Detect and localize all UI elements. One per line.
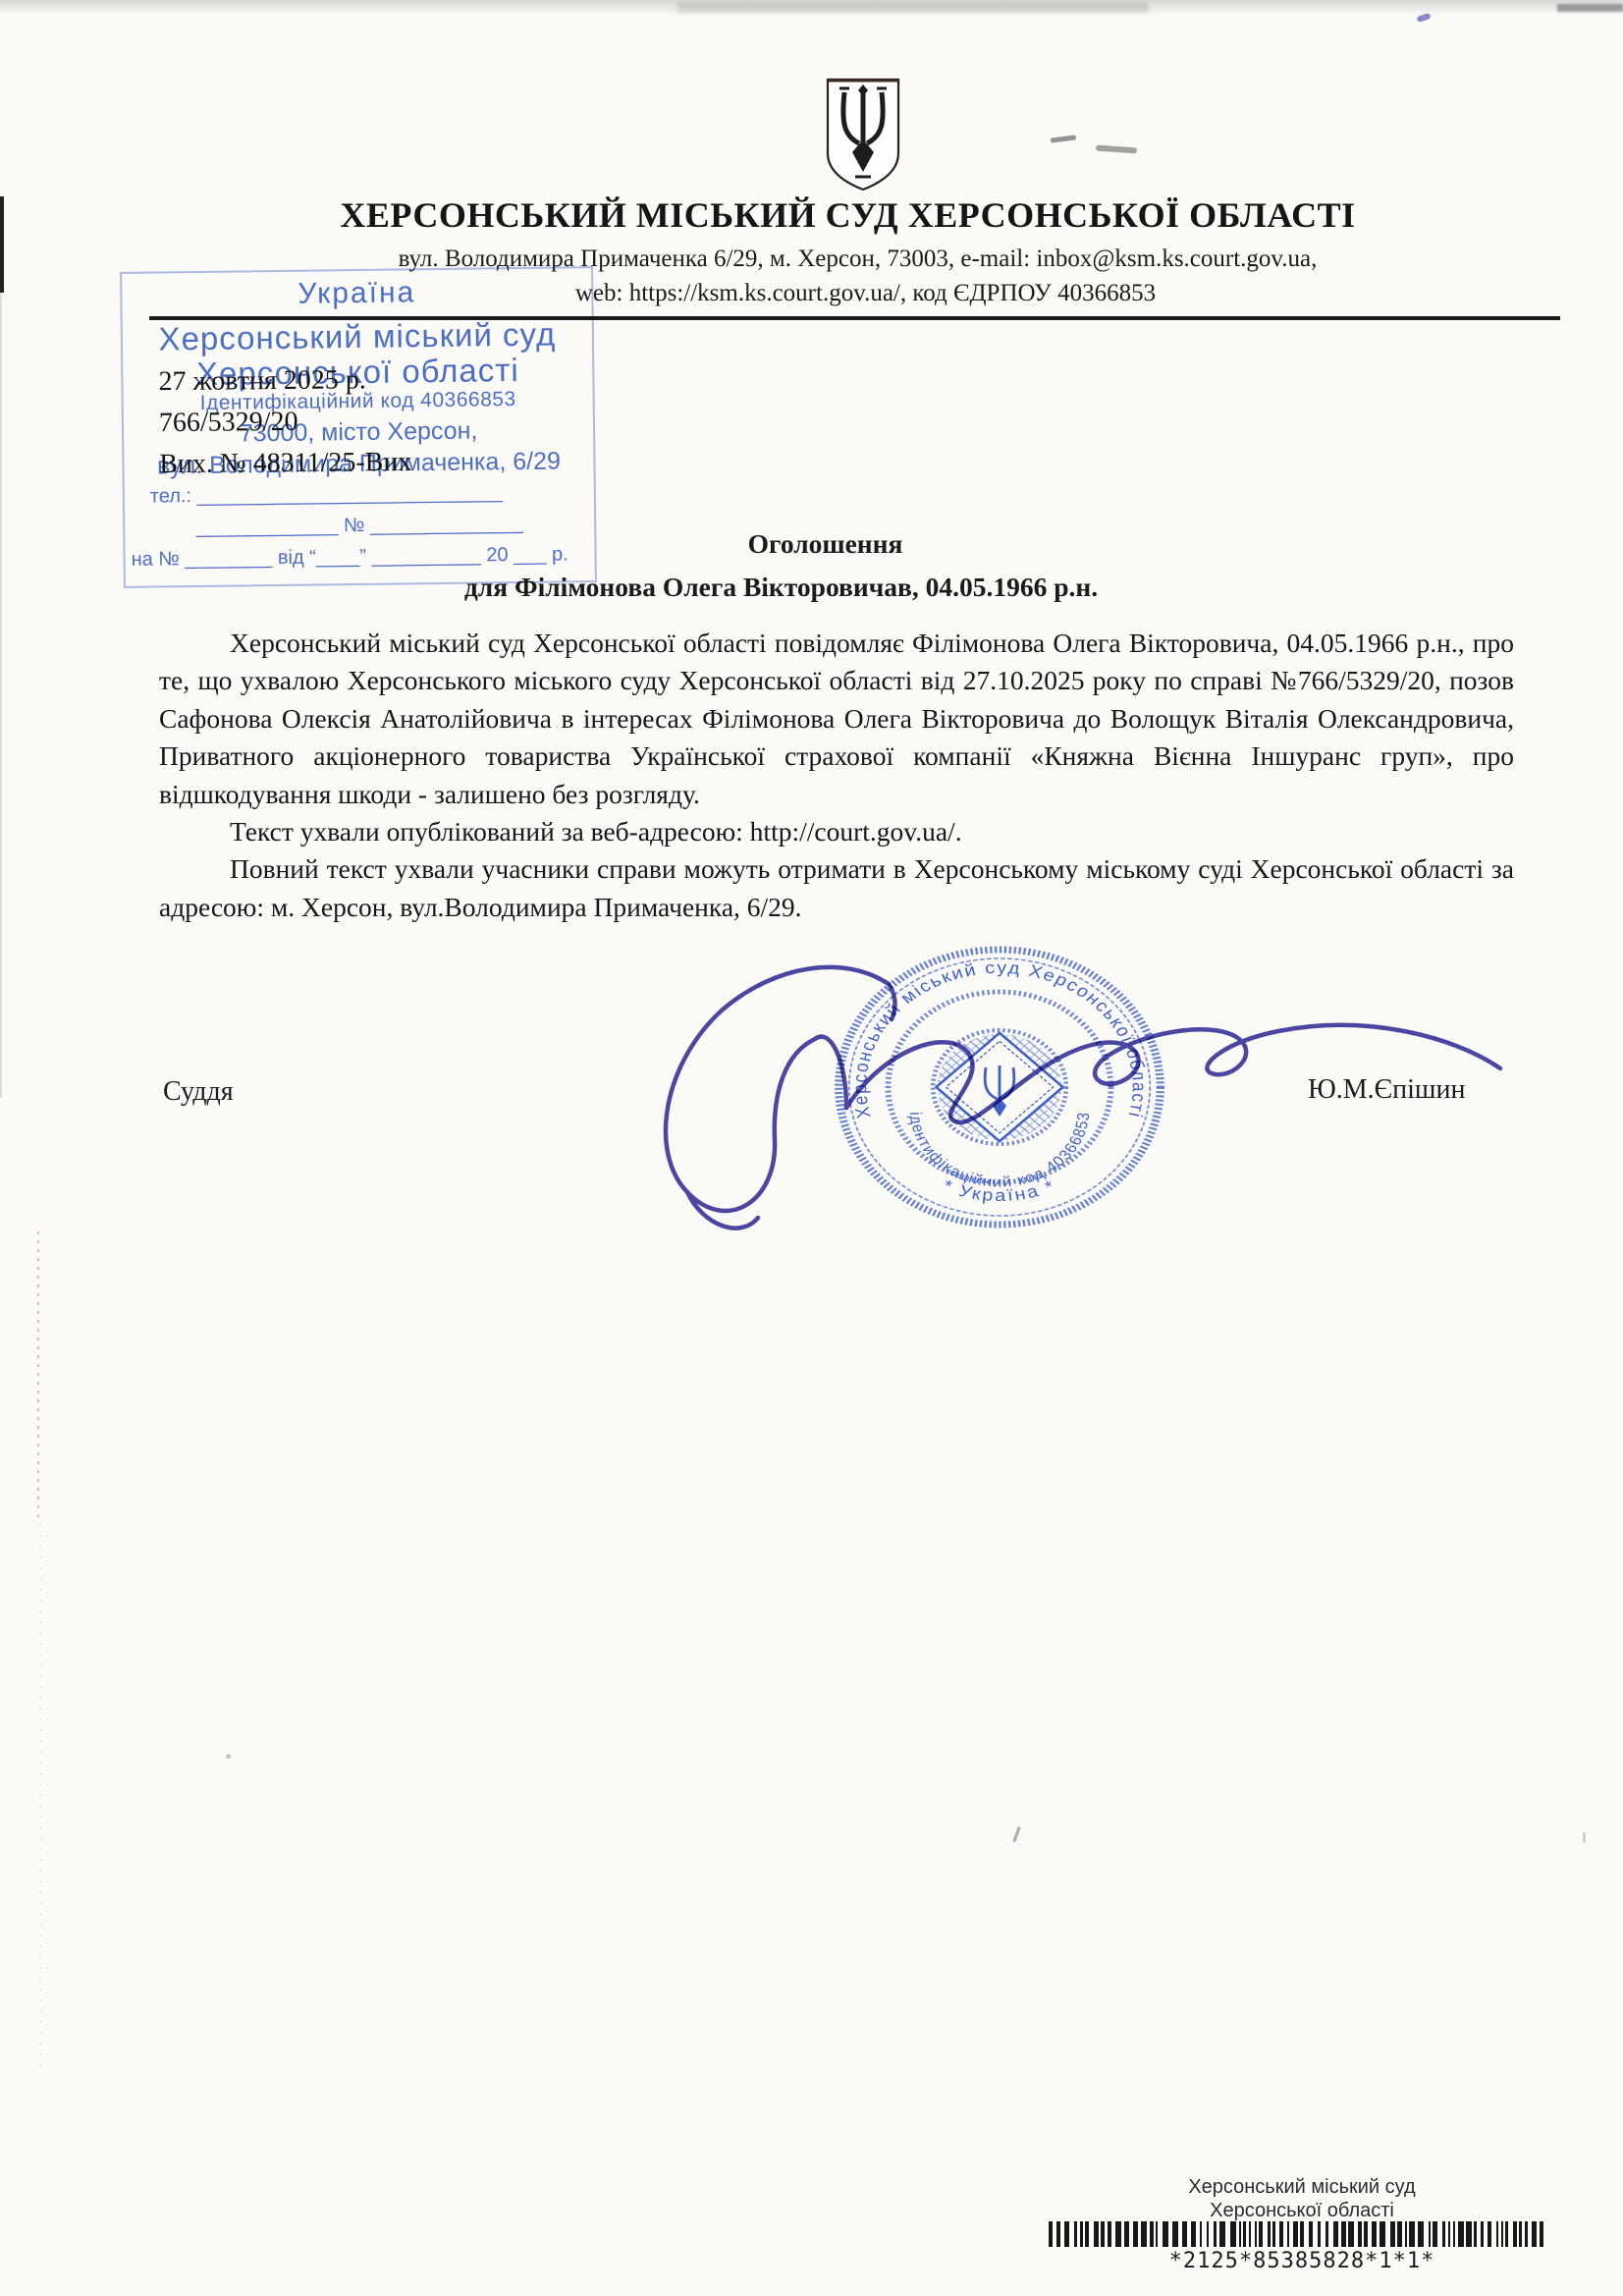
typed-case-number: 766/5329/20 — [159, 408, 411, 437]
judge-signature-icon — [589, 923, 1571, 1262]
footer-court-line1: Херсонський міський суд — [1007, 2176, 1596, 2199]
scanned-court-document: ХЕРСОНСЬКИЙ МІСЬКИЙ СУД ХЕРСОНСЬКОЇ ОБЛА… — [0, 0, 1623, 2296]
scan-artifact-dotted-line — [39, 1524, 41, 2074]
typed-date: 27 жовтня 2025 р. — [158, 366, 410, 396]
scan-artifact-speck — [1012, 1827, 1020, 1842]
scan-artifact-speck — [226, 1754, 231, 1759]
scan-artifact-left-edge-soft — [0, 293, 2, 1098]
scan-artifact-smudge — [1051, 135, 1076, 142]
body-paragraph: Текст ухвали опублікований за веб-адресо… — [159, 813, 1514, 850]
court-address-line: вул. Володимира Примаченка 6/29, м. Херс… — [46, 246, 1623, 273]
announcement-title: Оголошення — [14, 528, 1623, 560]
announcement-body: Херсонський міський суд Херсонської обла… — [159, 625, 1514, 926]
barcode — [1049, 2221, 1555, 2247]
scan-artifact-top-right — [1557, 4, 1623, 12]
scan-artifact-speck — [1583, 1832, 1586, 1842]
scan-artifact-top-smudge — [677, 2, 1149, 13]
typed-registry-block: 27 жовтня 2025 р. 766/5329/20 Вих. № 483… — [158, 366, 411, 492]
judge-role-label: Суддя — [163, 1076, 234, 1108]
scan-artifact-smudge — [1096, 145, 1137, 154]
scan-artifact-left-edge-bar — [0, 196, 4, 293]
body-paragraph: Повний текст ухвали учасники справи можу… — [159, 850, 1514, 926]
ukraine-trident-emblem-icon — [823, 75, 903, 199]
body-paragraph: Херсонський міський суд Херсонської обла… — [159, 625, 1514, 813]
typed-outgoing-number: Вих. № 48311/25-Вих — [159, 449, 411, 478]
court-name-heading: ХЕРСОНСЬКИЙ МІСЬКИЙ СУД ХЕРСОНСЬКОЇ ОБЛА… — [36, 194, 1623, 236]
scan-artifact-dotted-line — [37, 1231, 39, 1522]
announcement-subtitle: для Філімонова Олега Вікторовичав, 04.05… — [0, 572, 1593, 603]
stamp-country-line: Україна — [122, 274, 591, 313]
footer-court-line2: Херсонської області — [1007, 2200, 1596, 2222]
barcode-value: *2125*85385828*1*1* — [1007, 2249, 1596, 2273]
